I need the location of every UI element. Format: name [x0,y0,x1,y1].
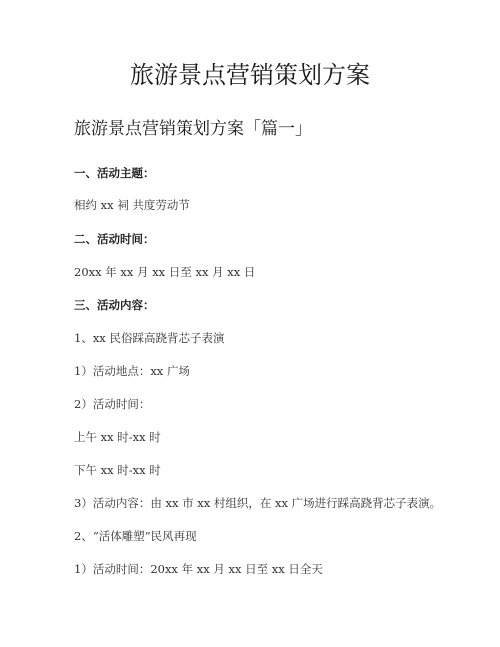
section-heading: 一、活动主题： [74,165,155,181]
paragraph-line: 2、“活体雕塑”民风再现 [74,528,197,544]
paragraph-line: 2）活动时间： [74,396,150,412]
section-title: 旅游景点营销策划方案「篇一」 [74,118,312,140]
paragraph-line: 20xx 年 xx 月 xx 日至 xx 月 xx 日 [74,264,255,280]
document-title: 旅游景点营销策划方案 [0,60,500,90]
document-page: 旅游景点营销策划方案 旅游景点营销策划方案「篇一」 一、活动主题：相约 xx 祠… [0,0,500,647]
paragraph-line: 相约 xx 祠 共度劳动节 [74,197,190,213]
paragraph-line: 1）活动时间：20xx 年 xx 月 xx 日至 xx 日全天 [74,561,323,577]
section-heading: 三、活动内容： [74,297,155,313]
paragraph-line: 3）活动内容：由 xx 市 xx 村组织，在 xx 广场进行踩高跷背芯子表演。 [74,495,441,511]
paragraph-line: 1）活动地点：xx 广场 [74,363,190,379]
paragraph-line: 上午 xx 时-xx 时 [74,429,161,445]
paragraph-line: 1、xx 民俗踩高跷背芯子表演 [74,330,224,346]
section-heading: 二、活动时间： [74,231,155,247]
paragraph-line: 下午 xx 时-xx 时 [74,462,161,478]
